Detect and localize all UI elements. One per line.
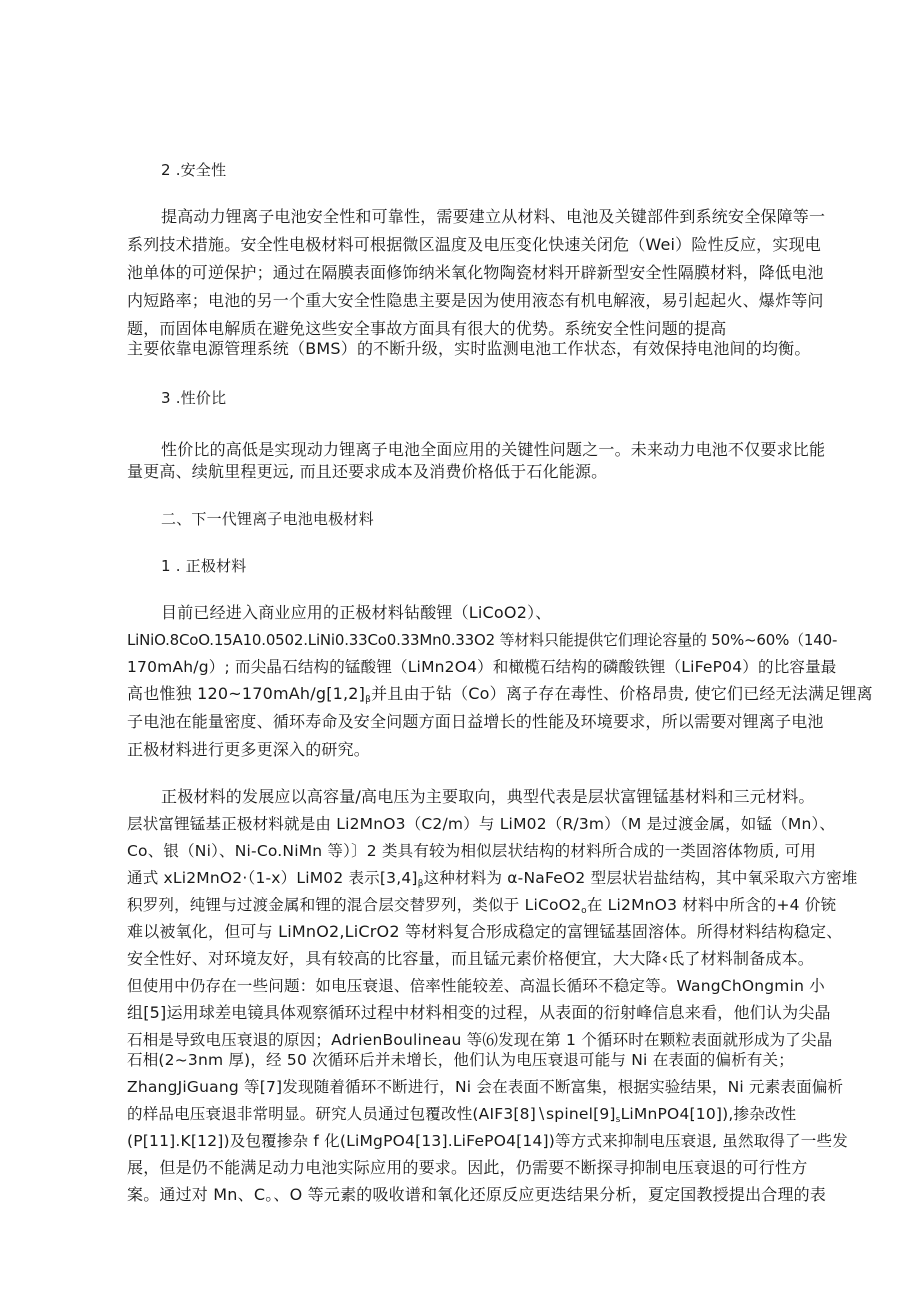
paragraph-line: 石相是导致电压衰退的原因；AdrienBoulineau 等⑹发现在第 1 个循… — [127, 1030, 832, 1050]
paragraph-line: ZhangJiGuang 等[7]发现随着循环不断进行，Ni 会在表面不断富集，… — [127, 1077, 843, 1097]
paragraph-line: 170mAh∕g）; 而尖晶石结构的锰酸锂（LiMn2O4）和橄榄石结构的磷酸铁… — [127, 657, 837, 677]
paragraph-line: 量更高、续航里程更远, 而且还要求成本及消费价格低于石化能源。 — [127, 462, 607, 482]
paragraph-line: 性价比的高低是实现动力锂离子电池全面应用的关键性问题之一。未来动力电池不仅要求比… — [161, 440, 825, 460]
paragraph-line: 展，但是仍不能满足动力电池实际应用的要求。因此，仍需要不断探寻抑制电压衰退的可行… — [127, 1158, 807, 1178]
text-run: 积罗列，纯锂与过渡金属和锂的混合层交替罗列，类似于 LiCoO2 — [127, 896, 581, 914]
paragraph-line: 安全性好、对环境友好，具有较高的比容量，而且锰元素价格便宜，大大降‹氐了材料制备… — [127, 949, 814, 969]
paragraph-line: 系列技术措施。安全性电极材料可根据微区温度及电压变化快速关闭危（Wei）险性反应… — [127, 235, 821, 255]
paragraph-line: 案。通过对 Mn、C。、O 等元素的吸收谱和氧化还原反应更迭结果分析，夏定国教授… — [127, 1185, 826, 1205]
text-run: LiMnPO4[10]),掺杂改性 — [621, 1105, 797, 1123]
paragraph-line: 层状富锂锰基正极材料就是由 Li2MnO3（C2∕m）与 LiM02（R∕3m）… — [127, 814, 835, 834]
paragraph-line: 题，而固体电解质在避免这些安全事故方面具有很大的优势。系统安全性问题的提高 — [127, 319, 726, 339]
text-run: 在 Li2MnO3 材料中所含的+4 价铳 — [587, 896, 836, 914]
text-run: 并且由于钻（Co）离子存在毒性、价格昂贵, 使它们已经无法满足锂离 — [371, 684, 873, 703]
paragraph-line: 提高动力锂离子电池安全性和可靠性，需要建立从材料、电池及关键部件到系统安全保障等… — [161, 207, 825, 227]
paragraph-line: 正极材料进行更多更深入的研究。 — [127, 740, 370, 760]
paragraph-line: 但使用中仍存在一些问题：如电压衰退、倍率性能较差、高温长循环不稳定等。WangC… — [127, 976, 825, 996]
paragraph-line: Co、银（Ni）、Ni-Co.NiMn 等）〕2 类具有较为相似层状结构的材料所… — [127, 841, 816, 861]
text-run: 高也惟独 120~170mAh∕g[1,2] — [127, 684, 365, 703]
paragraph-line: 积罗列，纯锂与过渡金属和锂的混合层交替罗列，类似于 LiCoO2o在 Li2Mn… — [127, 895, 836, 915]
paragraph-line: 组[5]运用球差电镜具体观察循环过程中材料相变的过程，从表面的衍射峰信息来看，他… — [127, 1003, 831, 1023]
paragraph-line: LiNiO.8CoO.15A10.0502.LiNi0.33Co0.33Mn0.… — [127, 630, 837, 650]
chapter-heading-electrode-materials: 二、下一代锂离子电池电极材料 — [161, 509, 374, 529]
paragraph-line: 目前已经进入商业应用的正极材料钻酸锂（LiCoO2）、 — [161, 603, 552, 623]
paragraph-line: 子电池在能量密度、循环寿命及安全问题方面日益增长的性能及环境要求，所以需要对锂离… — [127, 712, 824, 732]
paragraph-line: 通式 xLi2MnO2·（1-x）LiM02 表示[3,4]β这种材料为 α-N… — [127, 868, 857, 888]
paragraph-line: 石相(2~3nm 厚)，经 50 次循环后并未增长，他们认为电压衰退可能与 Ni… — [127, 1050, 794, 1070]
paragraph-line: 主要依靠电源管理系统（BMS）的不断升级，实时监测电池工作状态，有效保持电池间的… — [127, 339, 811, 359]
text-run: 通式 xLi2MnO2·（1-x）LiM02 表示[3,4] — [127, 869, 418, 887]
paragraph-line: 的样品电压衰退非常明显。研究人员通过包覆改性(AIF3[8]∖spinel[9]… — [127, 1104, 796, 1124]
section-heading-safety: 2 .安全性 — [161, 160, 226, 180]
text-run: 的样品电压衰退非常明显。研究人员通过包覆改性(AIF3[8]∖spinel[9] — [127, 1105, 616, 1123]
text-run: 这种材料为 α-NaFeO2 型层状岩盐结构，其中氧采取六方密堆 — [424, 869, 858, 887]
paragraph-line: 高也惟独 120~170mAh∕g[1,2]β并且由于钻（Co）离子存在毒性、价… — [127, 684, 873, 704]
section-heading-cost: 3 .性价比 — [161, 388, 226, 408]
paragraph-line: 内短路率；电池的另一个重大安全性隐患主要是因为使用液态有机电解液，易引起起火、爆… — [127, 291, 824, 311]
paragraph-line: 难以被氧化，但可与 LiMnO2,LiCrO2 等材料复合形成稳定的富锂锰基固溶… — [127, 922, 842, 942]
paragraph-line: 池单体的可逆保护；通过在隔膜表面修饰纳米氧化物陶瓷材料开辟新型安全性隔膜材料，降… — [127, 263, 824, 283]
paragraph-line: (P[11].K[12])及包覆掺杂 f 化(LiMgPO4[13].LiFeP… — [127, 1131, 848, 1151]
section-heading-cathode: 1 . 正极材料 — [161, 556, 246, 576]
paragraph-line: 正极材料的发展应以高容量/高电压为主要取向，典型代表是层状富锂锰基材料和三元材料… — [161, 787, 815, 807]
